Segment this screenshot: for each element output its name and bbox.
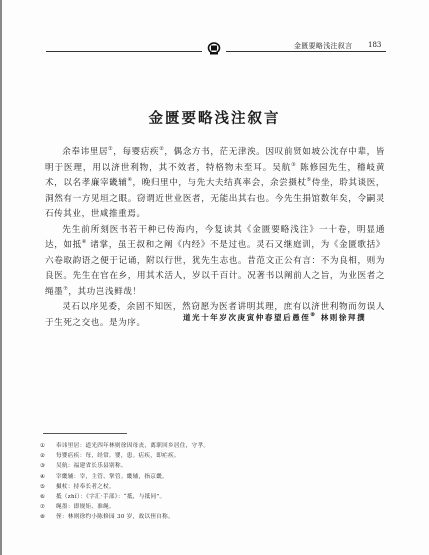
footnote: ③吴航：福建省长乐县别称。 <box>40 461 209 471</box>
paragraph: 余奉讳里居①，每婴痁疾②，偶念方书，茫无津涘。因叹前贤如坡公沈存中辈，皆明于医理… <box>45 145 385 223</box>
signature-date: 道光十年岁次庚寅仲春望后愚侄 <box>183 313 310 322</box>
preface-body: 余奉讳里居①，每婴痁疾②，偶念方书，茫无津涘。因叹前贤如坡公沈存中辈，皆明于医理… <box>45 145 385 331</box>
page-number: 183 <box>368 41 381 49</box>
book-emblem-icon <box>207 42 221 55</box>
footnote-marker: ⑤ <box>307 177 312 183</box>
footnote: ⑦绳墨：即规矩、准绳。 <box>40 502 209 512</box>
signature-author: 林则徐拜撰 <box>317 313 367 322</box>
footnotes: ①奉讳里居：道光四年林则徐因母丧，离职回乡居住，守孝。 ②每婴痁疾：每，经常。婴… <box>40 441 209 523</box>
running-header-title: 金匮要略浅注叙言 <box>294 41 352 51</box>
header-rule-left <box>46 51 202 52</box>
footnote-marker: ④ <box>127 177 132 183</box>
header-rule-right <box>226 51 386 52</box>
paragraph: 先生前所刻医书若干种已传海内，今复读其《金匮要略浅注》一十卷，明显通达，如抵⑥ … <box>45 223 385 301</box>
page-title: 金匮要略浅注叙言 <box>0 107 429 128</box>
footnote-divider <box>43 433 127 434</box>
footnote-marker: ⑦ <box>63 286 68 292</box>
signature: 道光十年岁次庚寅仲春望后愚侄⑧ 林则徐拜撰 <box>183 312 366 323</box>
footnote-marker: ② <box>159 146 164 152</box>
running-header: 金匮要略浅注叙言 183 <box>46 41 386 57</box>
footnote: ⑧侄：林则徐约小陈修园 30 岁，故以侄自称。 <box>40 512 209 522</box>
footnote: ④宰畿辅：宰，主管、掌管。畿辅，指京畿。 <box>40 472 209 482</box>
footnote: ②每婴痁疾：每，经常。婴，患。痁疾，即疟疾。 <box>40 451 209 461</box>
footnote-marker: ⑥ <box>82 239 87 245</box>
scan-left-edge <box>0 0 2 555</box>
footnote: ⑤摄杖：持奉长者之杖。 <box>40 482 209 492</box>
footnote: ⑥抵（zhǐ）：《字汇·手部》：“抵，与抵同”。 <box>40 492 209 502</box>
footnote: ①奉讳里居：道光四年林则徐因母丧，离职回乡居住，守孝。 <box>40 441 209 451</box>
footnote-marker: ③ <box>291 162 296 168</box>
footnote-marker: ① <box>108 146 113 152</box>
